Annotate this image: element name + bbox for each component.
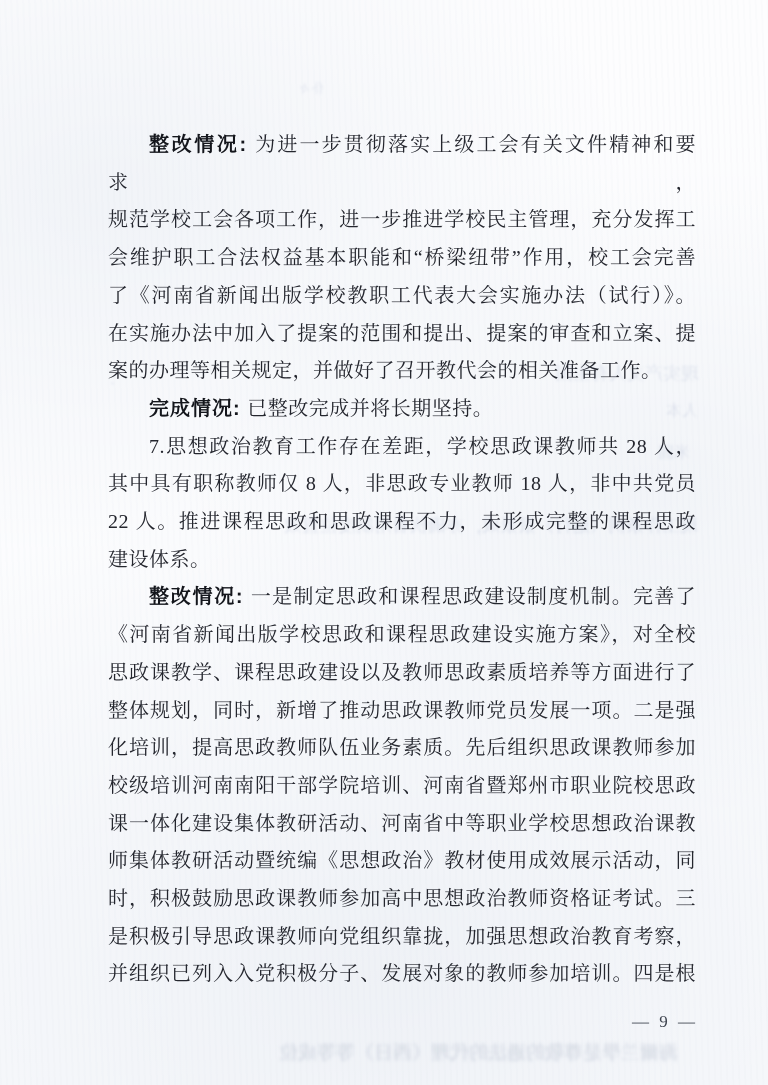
line-text: 化培训，提高思政教师队伍业务素质。先后组织思政课教师参加 [108,737,696,759]
line-text: 思政课教学、课程思政建设以及教师思政素质培养等方面进行了 [108,662,696,684]
paragraph-label: 完成情况: [149,398,247,420]
line-text: 时，积极鼓励思政课教师参加高中思想政治教师资格证考试。三 [108,888,696,910]
paragraph-label: 整改情况: [149,586,251,608]
page-number: — 9 — [632,1012,698,1032]
line-text: 课一体化建设集体教研活动、河南省中等职业学校思想政治课教 [108,813,696,835]
line-text: 并组织已列入入党积极分子、发展对象的教师参加培训。四是根 [108,963,696,985]
line-text: 一是制定思政和课程思政建设制度机制。完善了 [251,586,696,608]
line-text: 22 人。推进课程思政和思政课程不力，未形成完整的课程思政 [108,511,696,533]
text-line: 化培训，提高思政教师队伍业务素质。先后组织思政课教师参加 [108,730,696,768]
text-line: 22 人。推进课程思政和思政课程不力，未形成完整的课程思政 [108,504,696,542]
text-line: 规范学校工会各项工作，进一步推进学校民主管理，充分发挥工 [108,202,696,240]
text-line: 是积极引导思政课教师向党组织靠拢，加强思想政治教育考察， [108,919,696,957]
line-text: 《河南省新闻出版学校思政和课程思政建设实施方案》，对全校 [108,624,696,646]
line-text: 建设体系。 [108,549,211,571]
line-text: 其中具有职称教师仅 8 人，非思政专业教师 18 人，非中共党员 [108,473,696,495]
line-text: 整体规划，同时，新增了推动思政课教师党员发展一项。二是强 [108,700,696,722]
line-text: 会维护职工合法权益基本职能和“桥梁纽带”作用，校工会完善 [108,247,696,269]
text-line: 课一体化建设集体教研活动、河南省中等职业学校思想政治课教 [108,806,696,844]
paragraph-label: 整改情况: [149,134,255,156]
text-line: 时，积极鼓励思政课教师参加高中思想政治教师资格证考试。三 [108,881,696,919]
line-text: 7.思想政治教育工作存在差距，学校思政课教师共 28 人， [149,436,696,458]
text-line: 案的办理等相关规定，并做好了召开教代会的相关准备工作。 [108,353,696,391]
line-text: 校级培训河南南阳干部学院培训、河南省暨郑州市职业院校思政 [108,775,696,797]
line-text: 师集体教研活动暨统编《思想政治》教材使用成效展示活动，同 [108,850,696,872]
line-text: 是积极引导思政课教师向党组织靠拢，加强思想政治教育考察， [108,926,696,948]
line-text: 规范学校工会各项工作，进一步推进学校民主管理，充分发挥工 [108,209,696,231]
text-line: 建设体系。 [108,542,696,580]
line-text: 在实施办法中加入了提案的范围和提出、提案的审查和立案、提 [108,323,696,345]
text-line: 《河南省新闻出版学校思政和课程思政建设实施方案》，对全校 [108,617,696,655]
text-line: 整体规划，同时，新增了推动思政课教师党员发展一项。二是强 [108,693,696,731]
bleed-through-smudge: 仆々 [282,78,324,94]
text-line: 校级培训河南南阳干部学院培训、河南省暨郑州市职业院校思政 [108,768,696,806]
line-text: 案的办理等相关规定，并做好了召开教代会的相关准备工作。 [108,360,662,382]
document-page: 整改情况: 为进一步贯彻落实上级工会有关文件精神和要求，规范学校工会各项工作，进… [0,0,768,1085]
text-line: 其中具有职称教师仅 8 人，非思政专业教师 18 人，非中共党员 [108,466,696,504]
text-line: 师集体教研活动暨统编《思想政治》教材使用成效展示活动，同 [108,843,696,881]
text-line: 整改情况: 一是制定思政和课程思政建设制度机制。完善了 [108,579,696,617]
text-line: 会维护职工合法权益基本职能和“桥梁纽带”作用，校工会完善 [108,240,696,278]
text-line: 了《河南省新闻出版学校教职工代表大会实施办法（试行）》。 [108,278,696,316]
text-line: 并组织已列入入党积极分子、发展对象的教师参加培训。四是根 [108,956,696,994]
line-text: 了《河南省新闻出版学校教职工代表大会实施办法（试行）》。 [108,285,696,307]
line-text: 已整改完成并将长期坚持。 [247,398,493,420]
text-line: 整改情况: 为进一步贯彻落实上级工会有关文件精神和要求， [108,127,696,202]
text-line: 在实施办法中加入了提案的范围和提出、提案的审查和立案、提 [108,316,696,354]
text-line: 完成情况: 已整改完成并将长期坚持。 [108,391,696,429]
bleed-through-smudge: 海爾兰學是尊敬的過法的代理（西日）等等成位 [118,1038,678,1064]
text-line: 思政课教学、课程思政建设以及教师思政素质培养等方面进行了 [108,655,696,693]
document-body: 整改情况: 为进一步贯彻落实上级工会有关文件精神和要求，规范学校工会各项工作，进… [108,127,696,994]
text-line: 7.思想政治教育工作存在差距，学校思政课教师共 28 人， [108,429,696,467]
